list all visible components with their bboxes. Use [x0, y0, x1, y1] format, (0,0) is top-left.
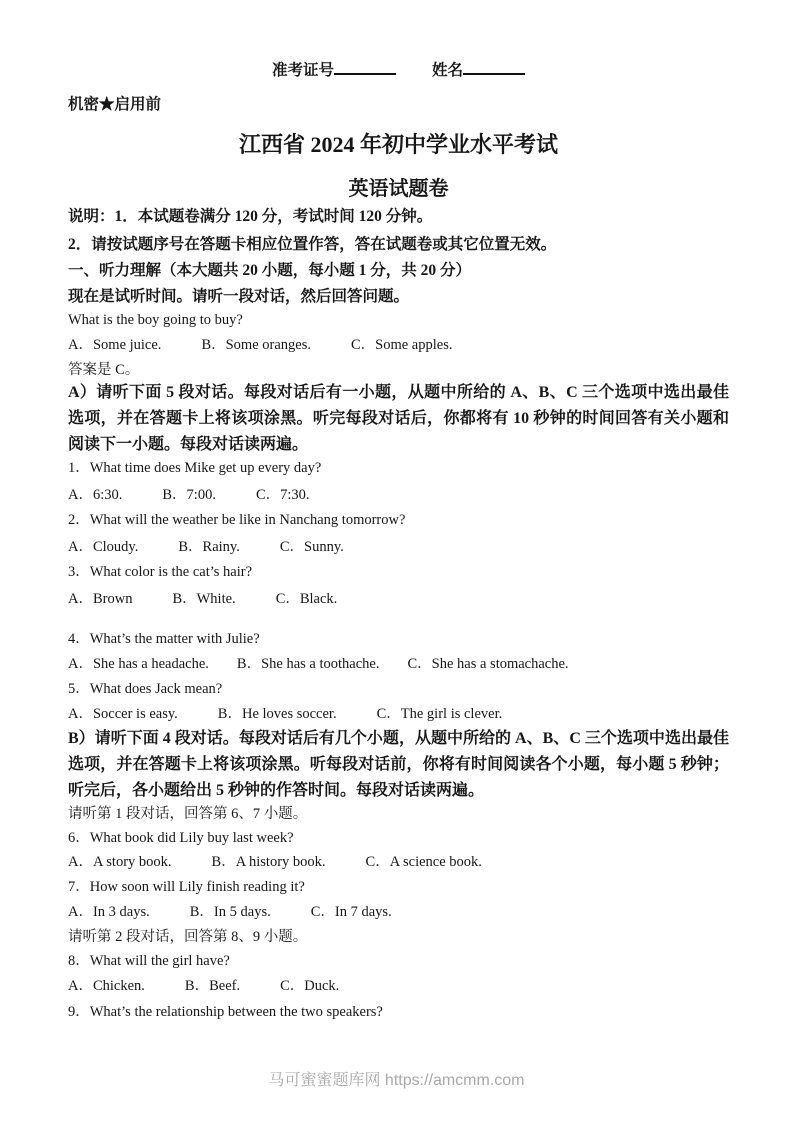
admission-number-blank: [334, 60, 396, 75]
question-3: 3．What color is the cat’s hair?: [68, 562, 729, 582]
question-1: 1．What time does Mike get up every day?: [68, 458, 729, 478]
question-4-option-c: C．She has a stomachache.: [407, 654, 568, 674]
question-5-option-a: A．Soccer is easy.: [68, 704, 178, 724]
question-2-option-c: C．Sunny.: [280, 537, 344, 557]
question-6: 6．What book did Lily buy last week?: [68, 828, 729, 848]
exam-title: 江西省 2024 年初中学业水平考试: [68, 130, 729, 160]
question-5-options: A．Soccer is easy. B．He loves soccer. C．T…: [68, 704, 729, 724]
question-5-option-c: C．The girl is clever.: [377, 704, 503, 724]
sample-answer-note: 答案是 C。: [68, 360, 729, 380]
name-blank: [463, 60, 525, 75]
question-4: 4．What’s the matter with Julie?: [68, 629, 729, 649]
admission-number-label: 准考证号: [272, 62, 334, 79]
question-8: 8．What will the girl have?: [68, 951, 729, 971]
sample-option-b: B．Some oranges.: [201, 335, 311, 355]
question-7-option-c: C．In 7 days.: [311, 902, 392, 922]
exam-subtitle: 英语试题卷: [68, 175, 729, 203]
sample-question: What is the boy going to buy?: [68, 310, 729, 330]
question-2-option-b: B．Rainy.: [178, 537, 240, 557]
question-8-option-a: A．Chicken.: [68, 976, 145, 996]
name-label: 姓名: [432, 62, 463, 79]
question-5-option-b: B．He loves soccer.: [218, 704, 337, 724]
exam-header-line: 准考证号姓名: [68, 60, 729, 82]
note-line-1: 说明：1．本试题卷满分 120 分，考试时间 120 分钟。: [68, 206, 729, 228]
dialog-2-note: 请听第 2 段对话，回答第 8、9 小题。: [68, 927, 729, 947]
question-6-option-c: C．A science book.: [366, 852, 482, 872]
question-8-options: A．Chicken. B．Beef. C．Duck.: [68, 976, 729, 996]
sample-options: A．Some juice. B．Some oranges. C．Some app…: [68, 335, 729, 355]
question-7-option-b: B．In 5 days.: [190, 902, 271, 922]
exam-paper-page: 准考证号姓名 机密★启用前 江西省 2024 年初中学业水平考试 英语试题卷 说…: [0, 0, 793, 1122]
question-9: 9．What’s the relationship between the tw…: [68, 1002, 729, 1022]
question-5: 5．What does Jack mean?: [68, 679, 729, 699]
question-1-option-b: B．7:00.: [162, 485, 216, 505]
question-1-option-a: A．6:30.: [68, 485, 122, 505]
confidential-notice: 机密★启用前: [68, 94, 729, 116]
question-1-options: A．6:30. B．7:00. C．7:30.: [68, 485, 729, 505]
section-1-heading: 一、听力理解（本大题共 20 小题，每小题 1 分，共 20 分）: [68, 260, 729, 282]
question-7: 7．How soon will Lily finish reading it?: [68, 877, 729, 897]
question-7-options: A．In 3 days. B．In 5 days. C．In 7 days.: [68, 902, 729, 922]
question-1-option-c: C．7:30.: [256, 485, 310, 505]
question-7-option-a: A．In 3 days.: [68, 902, 150, 922]
question-3-option-b: B．White.: [172, 589, 235, 609]
question-8-option-c: C．Duck.: [280, 976, 339, 996]
question-2-option-a: A．Cloudy.: [68, 537, 138, 557]
part-b-instructions: B）请听下面 4 段对话。每段对话后有几个小题，从题中所给的 A、B、C 三个选…: [68, 726, 729, 804]
question-4-option-b: B．She has a toothache.: [237, 654, 380, 674]
question-8-option-b: B．Beef.: [185, 976, 240, 996]
dialog-1-note: 请听第 1 段对话，回答第 6、7 小题。: [68, 804, 729, 824]
question-4-option-a: A．She has a headache.: [68, 654, 209, 674]
page-content: 准考证号姓名 机密★启用前 江西省 2024 年初中学业水平考试 英语试题卷 说…: [0, 0, 793, 1022]
question-2: 2．What will the weather be like in Nanch…: [68, 510, 729, 530]
question-3-option-c: C．Black.: [276, 589, 338, 609]
question-6-option-b: B．A history book.: [212, 852, 326, 872]
question-6-options: A．A story book. B．A history book. C．A sc…: [68, 852, 729, 872]
question-3-option-a: A．Brown: [68, 589, 132, 609]
listening-intro: 现在是试听时间。请听一段对话，然后回答问题。: [68, 286, 729, 308]
part-a-instructions: A）请听下面 5 段对话。每段对话后有一小题，从题中所给的 A、B、C 三个选项…: [68, 380, 729, 458]
question-6-option-a: A．A story book.: [68, 852, 172, 872]
watermark-footer: 马可蜜蜜题库网 https://amcmm.com: [0, 1070, 793, 1092]
sample-option-a: A．Some juice.: [68, 335, 161, 355]
sample-option-c: C．Some apples.: [351, 335, 453, 355]
note-line-2: 2．请按试题序号在答题卡相应位置作答，答在试题卷或其它位置无效。: [68, 234, 729, 256]
question-2-options: A．Cloudy. B．Rainy. C．Sunny.: [68, 537, 729, 557]
question-3-options: A．Brown B．White. C．Black.: [68, 589, 729, 609]
question-4-options: A．She has a headache. B．She has a tootha…: [68, 654, 729, 674]
